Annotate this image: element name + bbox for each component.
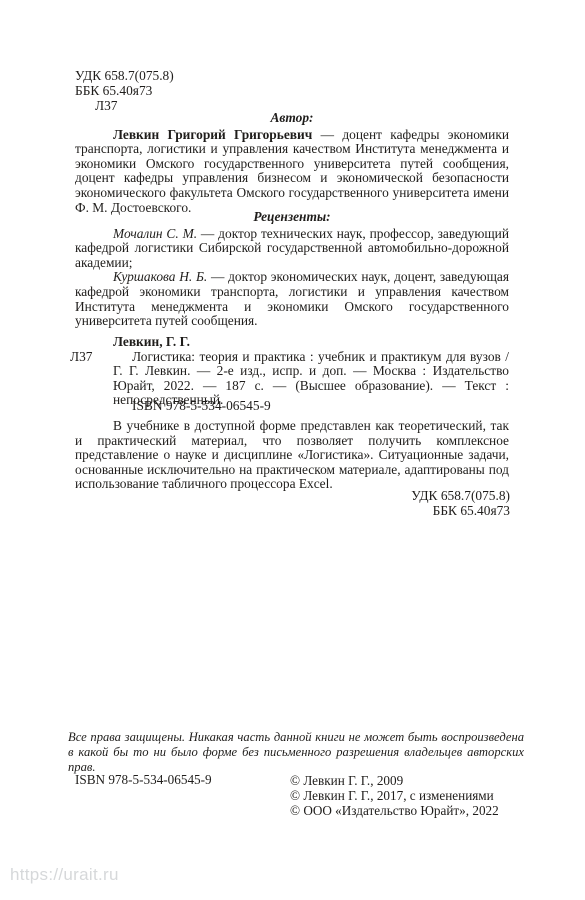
annotation-section: В учебнике в доступной форме представлен… [75,419,509,492]
copyright-line: © Левкин Г. Г., 2009 [290,773,499,788]
bbk-code-right: ББК 65.40я73 [411,504,510,519]
watermark-link[interactable]: https://urait.ru [10,868,119,883]
copyright-line: © Левкин Г. Г., 2017, с изменениями [290,788,499,803]
reviewer-name: Куршакова Н. Б. [113,269,207,284]
reviewer-paragraph: Мочалин С. М. — доктор технических наук,… [75,227,509,271]
book-imprint-page: УДК 658.7(075.8) ББК 65.40я73 Л37 Автор:… [0,0,585,900]
author-label: Автор: [75,111,509,126]
author-name: Левкин Григорий Григорьевич [113,127,312,142]
copyright-line: © ООО «Издательство Юрайт», 2022 [290,803,499,818]
rights-notice: Все права защищены. Никакая часть данной… [68,730,524,775]
author-section: Автор: Левкин Григорий Григорьевич — доц… [75,111,509,215]
annotation-paragraph: В учебнике в доступной форме представлен… [75,419,509,492]
copyright-block: © Левкин Г. Г., 2009 © Левкин Г. Г., 201… [290,773,499,819]
isbn-number-top: ISBN 978-5-534-06545-9 [132,399,271,414]
classification-codes-top: УДК 658.7(075.8) ББК 65.40я73 Л37 [75,68,174,114]
udk-code-right: УДК 658.7(075.8) [411,489,510,504]
reviewer-name: Мочалин С. М. [113,226,197,241]
author-paragraph: Левкин Григорий Григорьевич — доцент каф… [75,128,509,216]
bbk-code-top: ББК 65.40я73 [75,83,174,98]
isbn-number-bottom: ISBN 978-5-534-06545-9 [75,773,212,788]
reviewers-section: Рецензенты: Мочалин С. М. — доктор техни… [75,210,509,329]
udk-code-top: УДК 658.7(075.8) [75,68,174,83]
reviewer-paragraph: Куршакова Н. Б. — доктор экономических н… [75,270,509,328]
classification-codes-right: УДК 658.7(075.8) ББК 65.40я73 [411,489,510,518]
reviewers-label: Рецензенты: [75,210,509,225]
bib-author-heading: Левкин, Г. Г. [113,335,509,350]
author-sign-code-bib: Л37 [70,350,92,365]
